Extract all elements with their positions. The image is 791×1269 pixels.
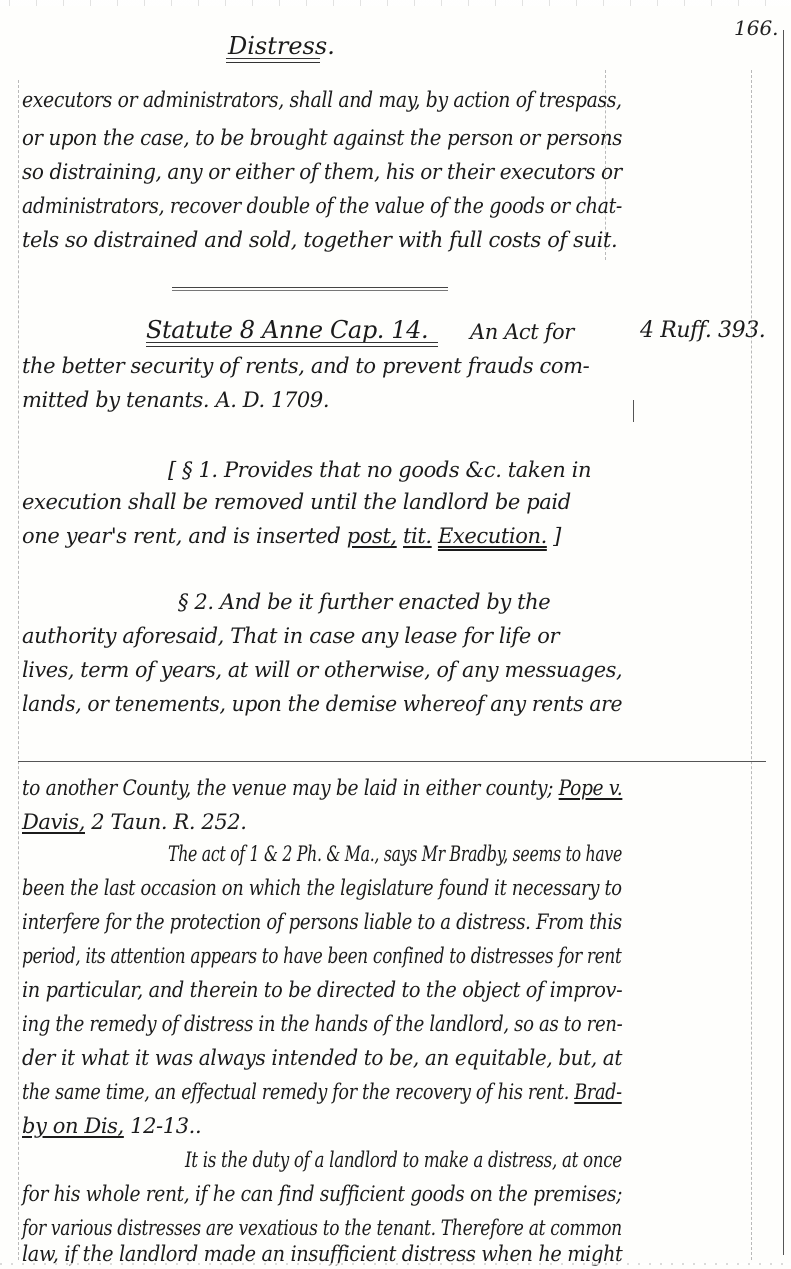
text-line: the better security of rents, and to pre… [22, 356, 589, 377]
text-line: der it what it was always intended to be… [22, 1048, 622, 1069]
page-heading: Distress. [228, 32, 335, 60]
statute-title-underline [146, 342, 438, 347]
case-name: Pope v. [559, 776, 623, 800]
bradby-ref: by on Dis, [22, 1114, 124, 1138]
text-span: the same time, an effectual remedy for t… [22, 1080, 569, 1104]
section-1-last-line: one year's rent, and is inserted post, t… [22, 526, 561, 547]
text-span: one year's rent, and is inserted [22, 524, 340, 548]
text-line: administrators, recover double of the va… [22, 196, 622, 217]
text-line: for his whole rent, if he can find suffi… [22, 1184, 622, 1205]
page-number: 166. [734, 16, 779, 40]
lower-line-1: to another County, the venue may be laid… [22, 778, 622, 799]
margin-tick [633, 400, 634, 422]
case-citation: 2 Taun. R. 252. [91, 810, 246, 834]
text-line: execution shall be removed until the lan… [22, 492, 571, 513]
execution-ref: Execution. [438, 524, 547, 548]
text-line: executors or administrators, shall and m… [22, 90, 622, 111]
text-line: in particular, and therein to be directe… [22, 980, 622, 1001]
text-line: It is the duty of a landlord to make a d… [185, 1150, 622, 1171]
text-line: law, if the landlord made an insufficien… [22, 1244, 622, 1265]
text-line: § 2. And be it further enacted by the [178, 592, 550, 613]
statute-title: Statute 8 Anne Cap. 14. [146, 318, 428, 342]
tit-ref: tit. [403, 524, 432, 548]
margin-reference: 4 Ruff. 393. [640, 320, 765, 342]
bracket-close: ] [553, 524, 561, 548]
text-line: so distraining, any or either of them, h… [22, 162, 622, 183]
text-line: ing the remedy of distress in the hands … [22, 1014, 622, 1035]
text-line: The act of 1 & 2 Ph. & Ma., says Mr Brad… [168, 844, 622, 865]
case-name: Davis, [22, 810, 85, 834]
right-margin-line [751, 70, 752, 1260]
lower-para1-last: the same time, an effectual remedy for t… [22, 1082, 622, 1103]
heading-underline [226, 58, 320, 63]
bradby-ref: Brad- [574, 1080, 621, 1104]
text-line: or upon the case, to be brought against … [22, 128, 622, 149]
text-line: lives, term of years, at will or otherwi… [22, 660, 622, 681]
text-line: authority aforesaid, That in case any le… [22, 626, 559, 647]
text-line: mitted by tenants. A. D. 1709. [22, 390, 329, 411]
post-ref: post, [347, 524, 397, 548]
scan-edge [0, 0, 791, 6]
scan-edge [0, 1263, 791, 1265]
bradby-citation-line: by on Dis, 12-13.. [22, 1116, 201, 1137]
statute-title-rest: An Act for [470, 322, 574, 343]
page-break-line [18, 761, 766, 762]
text-line: interfere for the protection of persons … [22, 912, 622, 933]
text-span: to another County, the venue may be laid… [22, 776, 553, 800]
text-line: lands, or tenements, upon the demise whe… [22, 694, 622, 715]
lower-line-2: Davis, 2 Taun. R. 252. [22, 812, 247, 833]
text-line: tels so distrained and sold, together wi… [22, 230, 617, 251]
manuscript-page: Distress. 166. executors or administrato… [0, 0, 791, 1269]
text-line: period, its attention appears to have be… [22, 946, 621, 967]
text-line: [ § 1. Provides that no goods &c. taken … [168, 460, 591, 481]
text-line: for various distresses are vexatious to … [22, 1218, 622, 1239]
section-divider [172, 287, 448, 291]
page-edge [783, 30, 784, 1255]
left-margin-line [18, 80, 19, 1260]
bradby-pages: 12-13.. [130, 1114, 201, 1138]
text-line: been the last occasion on which the legi… [22, 878, 622, 899]
